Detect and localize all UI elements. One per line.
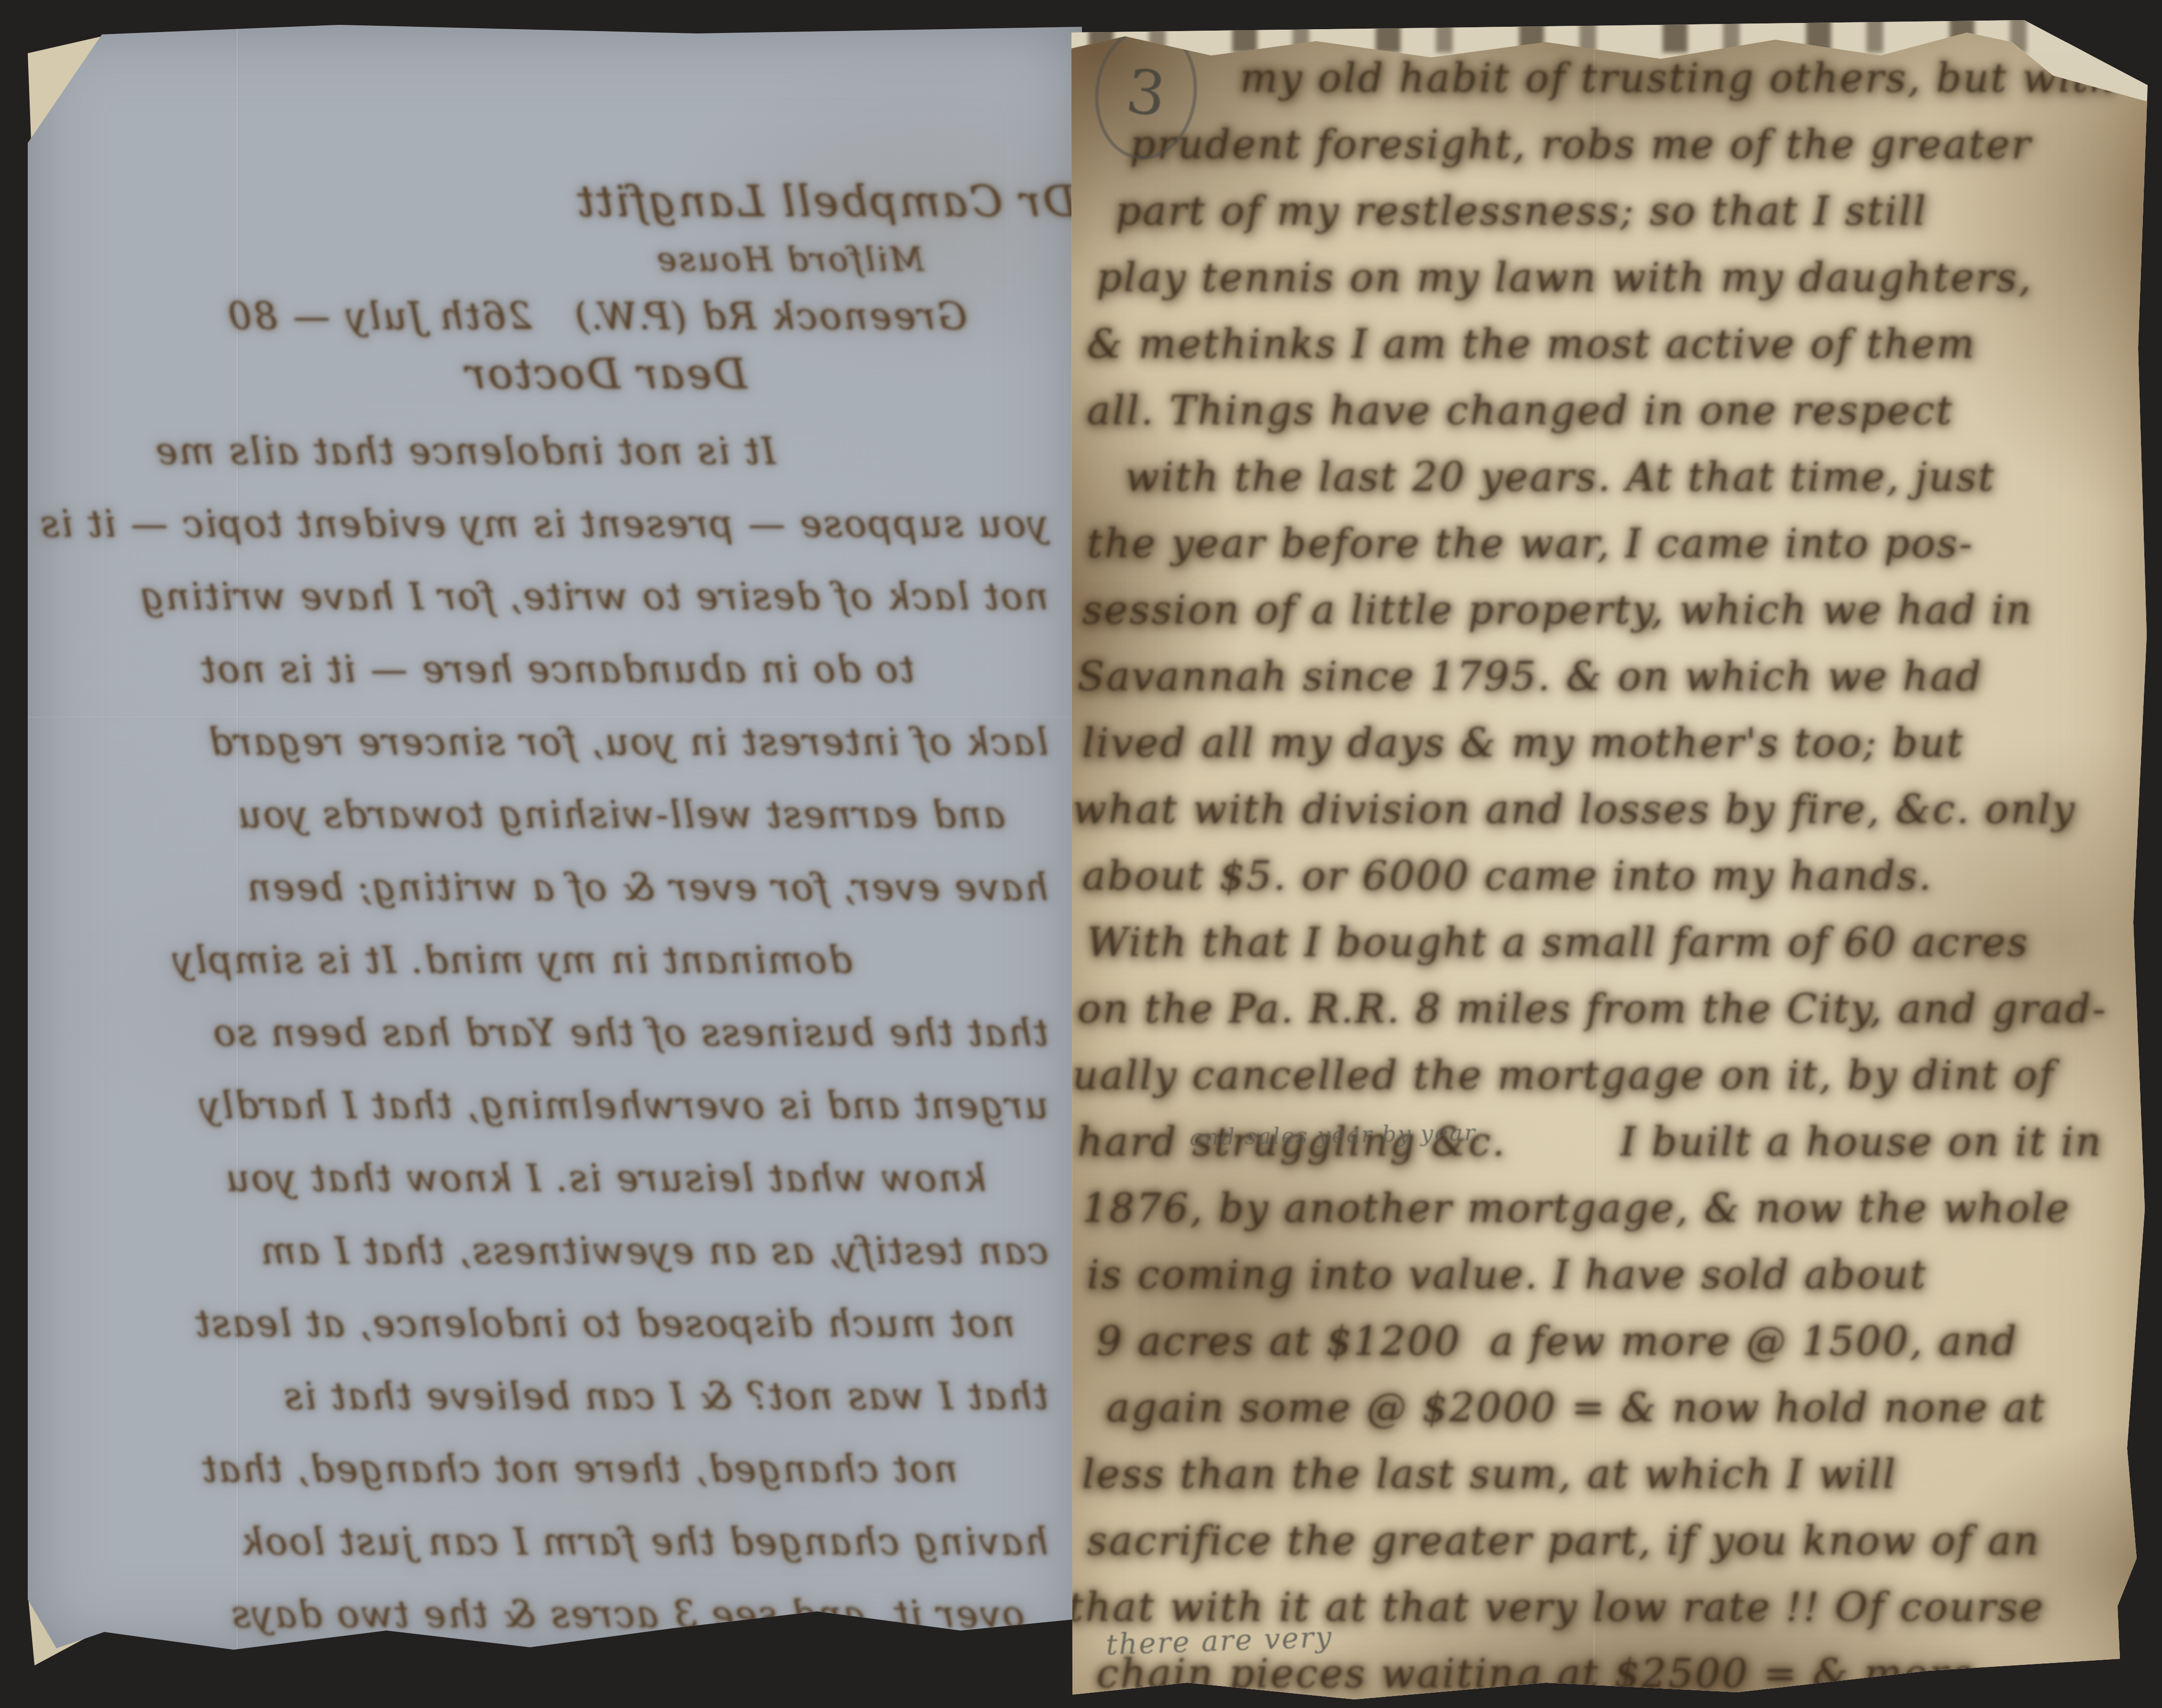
- handwriting-line: lack of interest in you, for sincere reg…: [28, 706, 1082, 779]
- handwriting-line: have ever, for ever & of a writing; been: [28, 851, 1082, 924]
- handwriting-line: urgent and is overwhelming, that I hardl…: [28, 1069, 1082, 1142]
- handwriting-line: 9 acres at $1200 a few more @ 1500, and: [1068, 1308, 2149, 1375]
- letter-heading-mirrored: Dr Campbell Langfitt Milford House Green…: [28, 173, 1082, 403]
- handwriting-line: over it, and see 3 acres & the two days: [28, 1578, 1082, 1651]
- handwriting-line: having changed the farm I can just look: [28, 1506, 1082, 1578]
- handwriting-line: prudent foresight, robs me of the greate…: [1068, 111, 2149, 178]
- handwriting-line: that the business of the Yard has been s…: [28, 997, 1082, 1069]
- handwriting-line: dominant in my mind. It is simply: [28, 924, 1082, 997]
- right-page: my old habit of trusting others, but wit…: [1068, 13, 2149, 1703]
- handwriting-line: Dr Campbell Langfitt: [28, 173, 1082, 231]
- handwriting-line: again some @ $2000 = & now hold none at: [1068, 1375, 2149, 1441]
- handwriting-line: the year before the war, I came into pos…: [1068, 510, 2149, 577]
- handwriting-line: ually cancelled the mortgage on it, by d…: [1068, 1042, 2149, 1109]
- handwriting-line: Savannah since 1795. & on which we had: [1068, 643, 2149, 710]
- pencil-annotation: and sales year by year.: [1190, 1120, 1483, 1151]
- handwriting-line: Milford House: [28, 231, 1082, 288]
- handwriting-line: part of my restlessness; so that I still: [1068, 178, 2149, 244]
- page-number: 3: [1123, 55, 1170, 131]
- letter-body-mirrored: It is not indolence that ails me you sup…: [28, 415, 1082, 1651]
- handwriting-line: know what leisure is. I know that you: [28, 1142, 1082, 1215]
- right-page-paper: my old habit of trusting others, but wit…: [1068, 13, 2149, 1703]
- left-page: Dr Campbell Langfitt Milford House Green…: [28, 21, 1082, 1653]
- handwriting-line: all. Things have changed in one respect: [1068, 377, 2149, 444]
- handwriting-line: is coming into value. I have sold about: [1068, 1242, 2149, 1308]
- handwriting-line: less than the last sum, at which I will: [1068, 1441, 2149, 1508]
- handwriting-line: play tennis on my lawn with my daughters…: [1068, 244, 2149, 311]
- handwriting-line: 1876, by another mortgage, & now the who…: [1068, 1175, 2149, 1242]
- handwriting-line: With that I bought a small farm of 60 ac…: [1068, 909, 2149, 976]
- letter-scan-photo: { "scene": { "background_color": "#23202…: [0, 0, 2162, 1708]
- handwriting-line: not lack of desire to write, for I have …: [28, 561, 1082, 633]
- handwriting-line: not much disposed to indolence, at least: [28, 1288, 1082, 1360]
- handwriting-line: Greenock Rd (P.W.) 26th July — 80: [28, 288, 1082, 345]
- left-page-bleedthrough-text: Dr Campbell Langfitt Milford House Green…: [28, 21, 1082, 1653]
- handwriting-line: to do in abundance here — it is not: [28, 633, 1082, 706]
- handwriting-line: and earnest well-wishing towards you: [28, 779, 1082, 851]
- handwriting-line: not changed, there not changed, that: [28, 1433, 1082, 1506]
- handwriting-line: what with division and losses by fire, &…: [1068, 776, 2149, 843]
- handwriting-line: lived all my days & my mother's too; but: [1068, 710, 2149, 776]
- handwriting-line: you suppose — present is my evident topi…: [28, 488, 1082, 561]
- handwriting-line: on the Pa. R.R. 8 miles from the City, a…: [1068, 976, 2149, 1042]
- handwriting-line: with the last 20 years. At that time, ju…: [1068, 444, 2149, 510]
- handwriting-line: Dear Doctor: [28, 345, 1082, 403]
- handwriting-line: session of a little property, which we h…: [1068, 577, 2149, 643]
- letter-body-ink: my old habit of trusting others, but wit…: [1068, 13, 2149, 1703]
- handwriting-line: & methinks I am the most active of them: [1068, 311, 2149, 377]
- handwriting-line: about $5. or 6000 came into my hands.: [1068, 843, 2149, 909]
- handwriting-line: can testify, as an eyewitness, that I am: [28, 1215, 1082, 1288]
- handwriting-line: It is not indolence that ails me: [28, 415, 1082, 488]
- handwriting-line: sacrifice the greater part, if you know …: [1068, 1508, 2149, 1574]
- handwriting-line: my old habit of trusting others, but wit…: [1068, 45, 2149, 111]
- handwriting-line: that I was not? & I can believe that is: [28, 1360, 1082, 1433]
